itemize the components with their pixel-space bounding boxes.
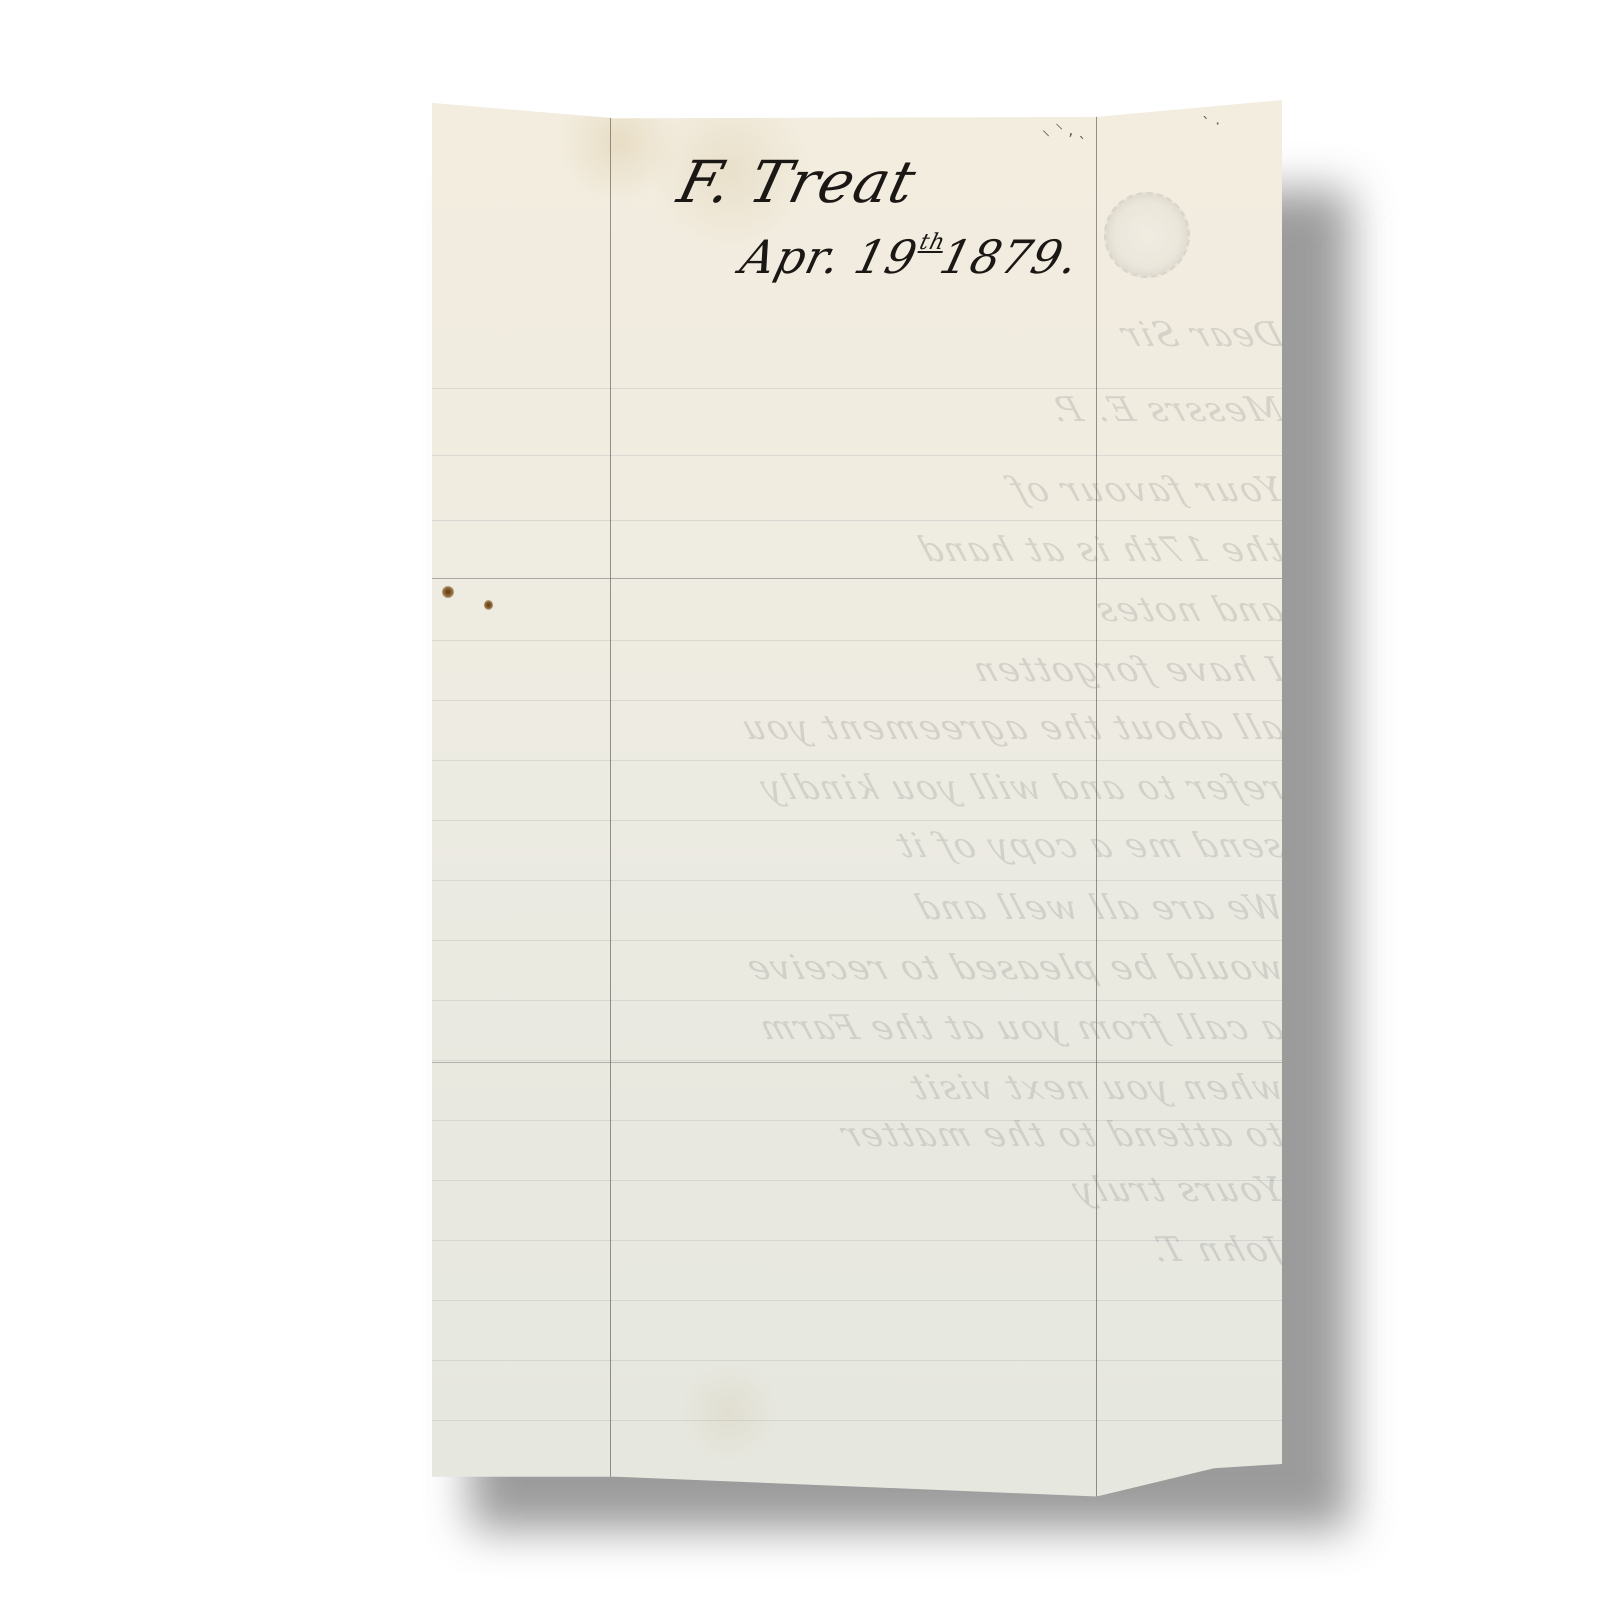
ruled-line	[432, 940, 1282, 941]
horizontal-fold-lower	[432, 1062, 1282, 1063]
docket-date-year: 1879.	[935, 230, 1085, 284]
ruled-line	[432, 1000, 1282, 1001]
bleed-through-line: all about the agreement you	[432, 708, 1282, 748]
docket-name: F. Treat	[672, 148, 924, 216]
bleed-through-line: John T.	[432, 1230, 1282, 1270]
ruled-line	[432, 1360, 1282, 1361]
docket-date: Apr. 19th1879.	[735, 230, 1085, 284]
bleed-through-line: We are all well and	[432, 888, 1282, 928]
docket-date-prefix: Apr. 19	[735, 230, 923, 284]
ruled-line	[432, 520, 1282, 521]
ruled-line	[432, 760, 1282, 761]
ruled-line	[432, 880, 1282, 881]
horizontal-fold-upper	[432, 578, 1282, 579]
bleed-through-line: Your favour of	[432, 470, 1282, 510]
ink-specks: ⸜ ⸌ ‚ ˎ	[1042, 118, 1086, 140]
bleed-through-line: the 17th is at hand	[432, 530, 1282, 570]
ruled-line	[432, 1420, 1282, 1421]
photo-stage: ⸜ ⸌ ‚ ˎ ˋ · Dear Sir Messrs E. P. Your f…	[0, 0, 1600, 1600]
ruled-line	[432, 1060, 1282, 1061]
ruled-line	[432, 388, 1282, 389]
bleed-through-line: send me a copy of it	[432, 826, 1282, 866]
bleed-through-line: to attend to the matter	[432, 1115, 1282, 1155]
bleed-through-line: when you next visit	[432, 1068, 1282, 1108]
bleed-through-line: Yours truly	[432, 1170, 1282, 1210]
bleed-through-line: refer to and will you kindly	[432, 768, 1282, 808]
ruled-line	[432, 700, 1282, 701]
bleed-through-line: would be pleased to receive	[432, 948, 1282, 988]
bleed-through-line: and notes	[432, 590, 1282, 630]
letter-sheet: ⸜ ⸌ ‚ ˎ ˋ · Dear Sir Messrs E. P. Your f…	[432, 100, 1282, 1512]
ruled-line	[432, 1300, 1282, 1301]
bleed-through-line: Dear Sir	[432, 315, 1282, 355]
ruled-line	[432, 820, 1282, 821]
bleed-through-line: I have forgotten	[432, 650, 1282, 690]
ink-specks: ˋ ·	[1202, 114, 1220, 133]
bleed-through-line: Messrs E. P.	[432, 390, 1282, 430]
bleed-through-line: a call from you at the Farm	[432, 1008, 1282, 1048]
embossed-seal-icon	[1104, 192, 1190, 278]
ruled-line	[432, 455, 1282, 456]
ruled-line	[432, 640, 1282, 641]
